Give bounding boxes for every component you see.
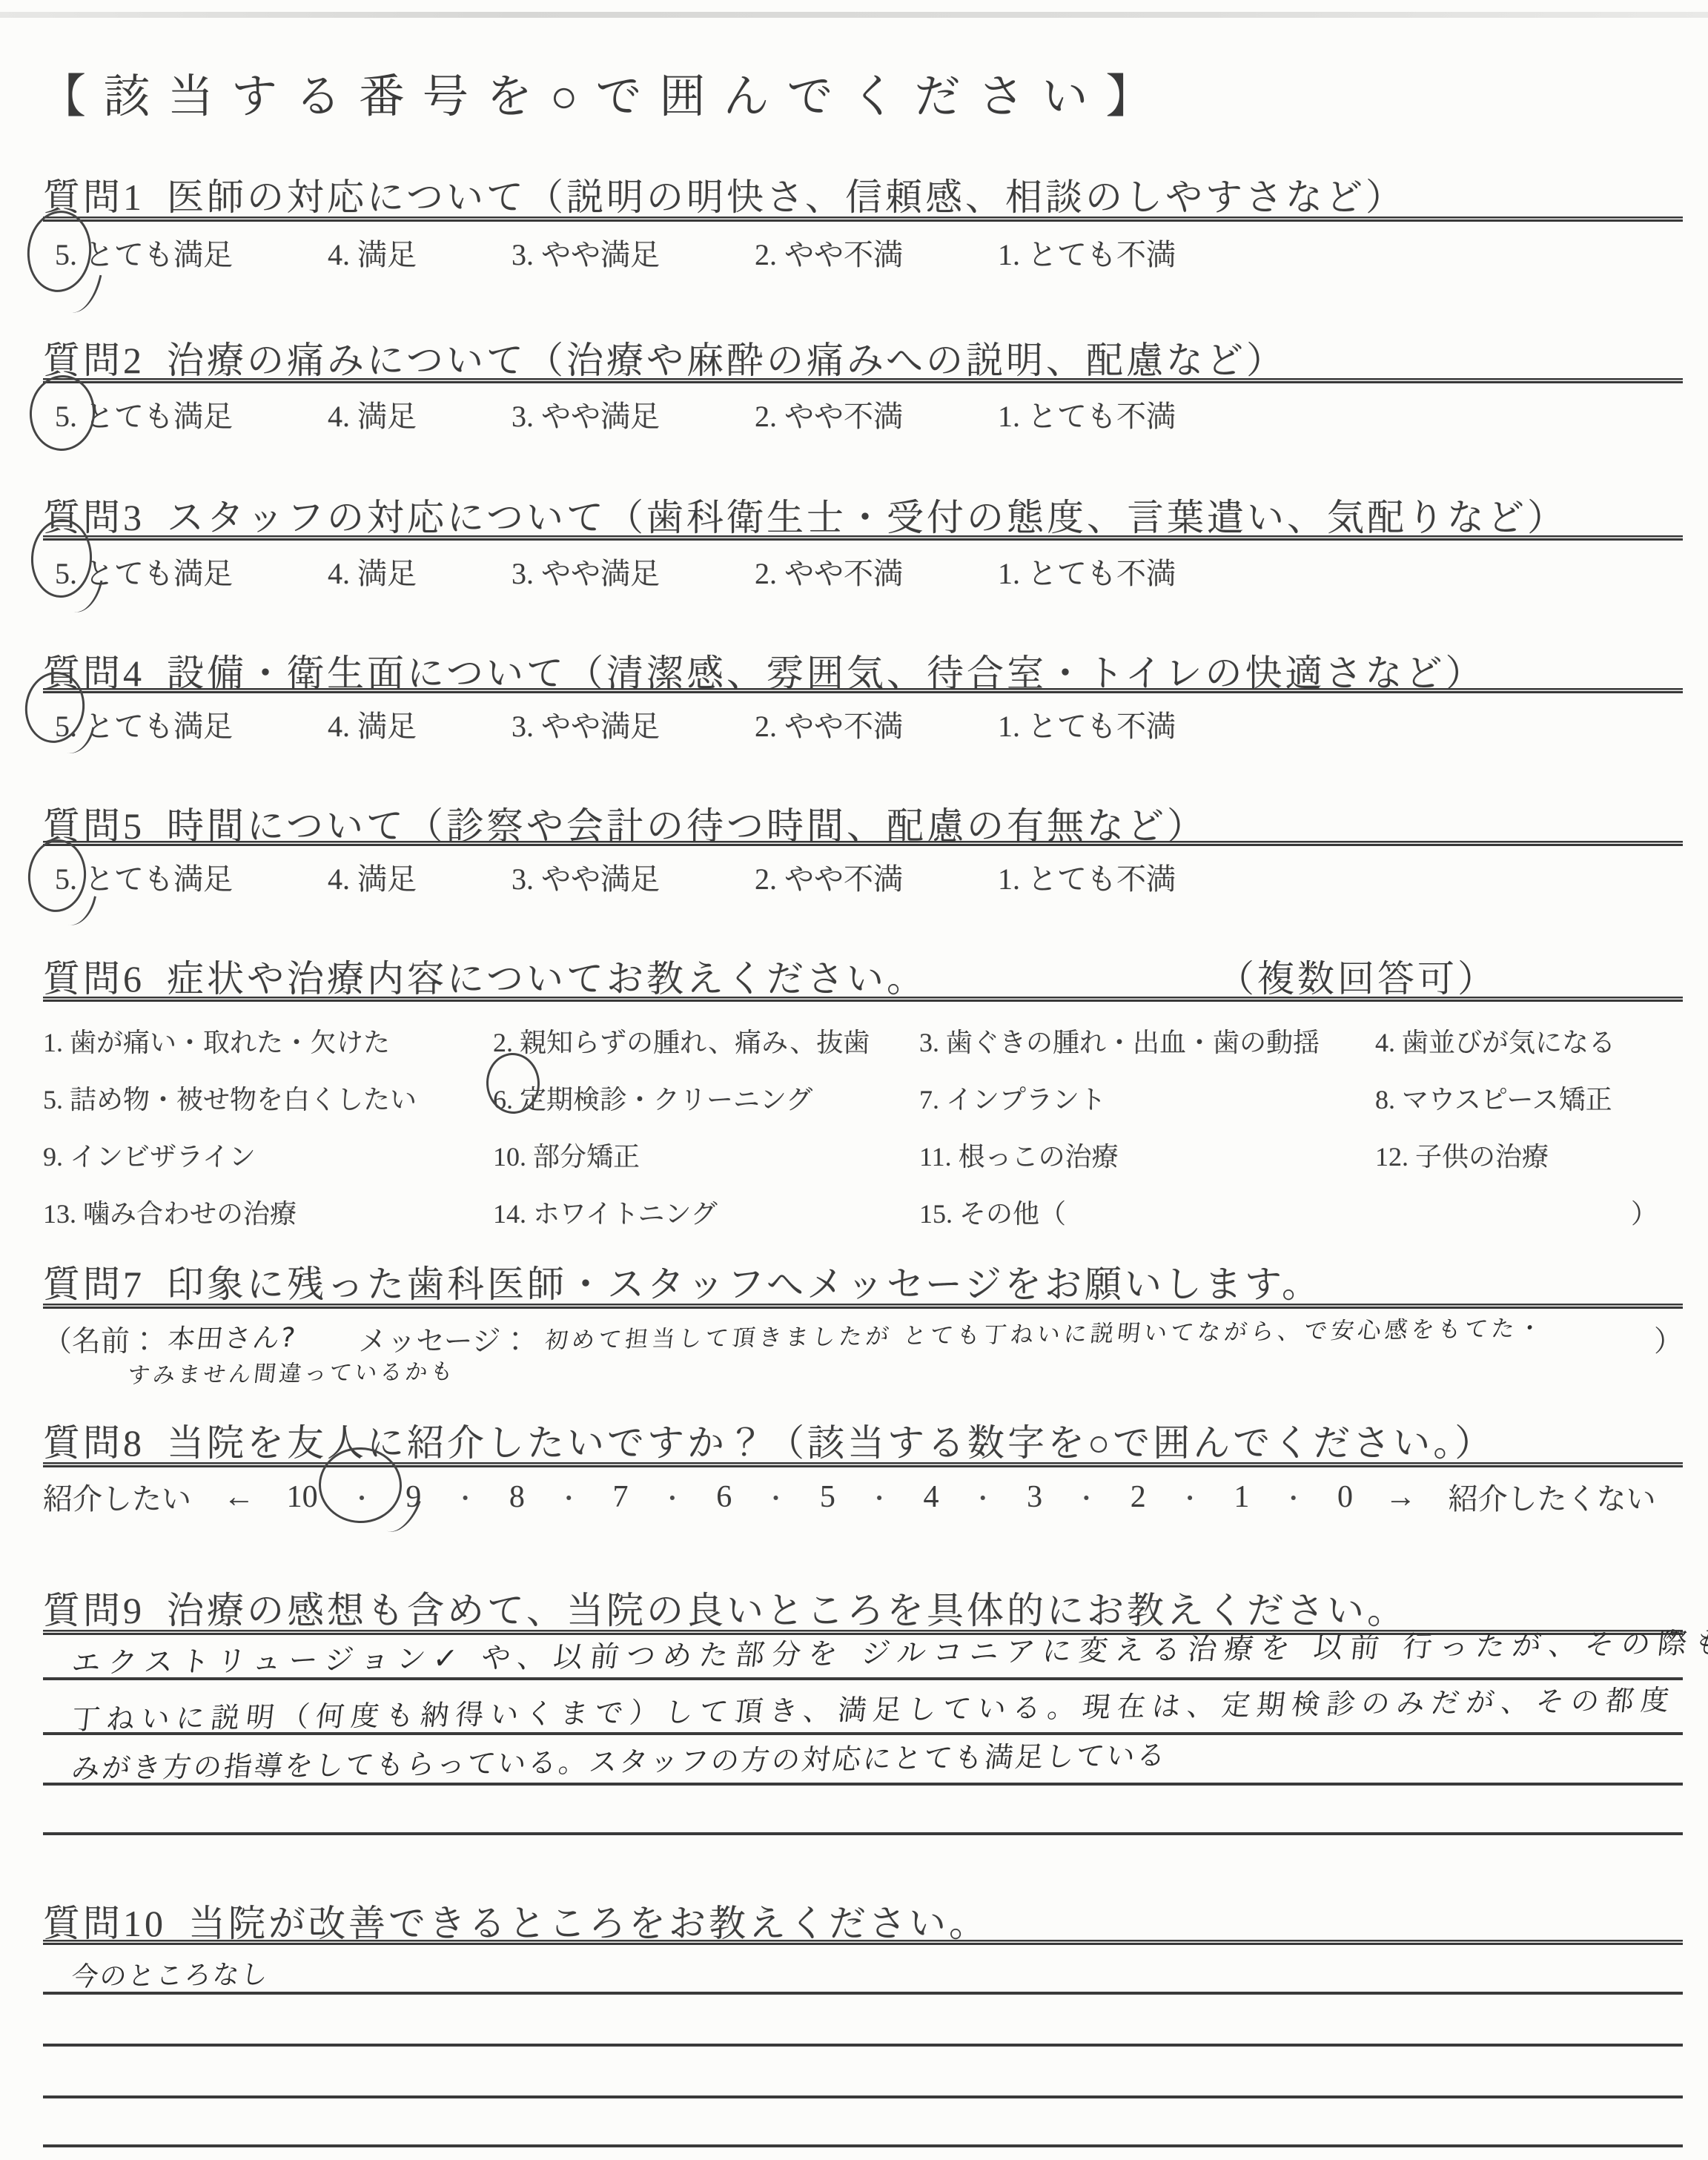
option-very-dissatisfied: 1. とても不満 <box>998 550 1176 592</box>
scale-number-8: 8 <box>509 1479 525 1515</box>
q6-item-2: 2. 親知らずの腫れ、痛み、抜歯 <box>493 1022 919 1060</box>
scale-dot: ・ <box>867 1480 891 1514</box>
q6-item-8: 8. マウスピース矯正 <box>1375 1079 1683 1117</box>
answer-line-close-paren: ） <box>1654 1318 1683 1360</box>
q6-item-3: 3. 歯ぐきの腫れ・出血・歯の動揺 <box>919 1022 1375 1060</box>
option-somewhat-dissatisfied: 2. やや不満 <box>755 393 903 435</box>
name-handwritten-value: 本田さん? <box>166 1317 299 1356</box>
question-2-options: 5. とても満足 4. 満足 3. やや満足 2. やや不満 1. とても不満 <box>43 393 1683 435</box>
scale-number-6: 6 <box>716 1479 732 1515</box>
option-very-dissatisfied: 1. とても不満 <box>998 393 1176 435</box>
question-1-text: 医師の対応について（説明の明快さ、信頼感、相談のしやすさなど） <box>167 176 1406 218</box>
option-satisfied: 4. 満足 <box>328 550 417 592</box>
q6-item-6: 6. 定期検診・クリーニング <box>493 1079 919 1117</box>
question-2-text: 治療の痛みについて（治療や麻酔の痛みへの説明、配慮など） <box>167 340 1286 381</box>
question-3-text: スタッフの対応について（歯科衛生士・受付の態度、言葉遣い、気配りなど） <box>167 497 1567 538</box>
option-satisfied: 4. 満足 <box>328 231 417 274</box>
question-6-text: 症状や治療内容についてお教えください。 <box>167 958 927 1000</box>
scale-dot: ・ <box>1074 1480 1098 1514</box>
scale-left-label: 紹介したい <box>43 1476 191 1518</box>
option-somewhat-dissatisfied: 2. やや不満 <box>755 856 903 898</box>
scale-dot: ・ <box>661 1480 684 1514</box>
scale-number-2: 2 <box>1131 1479 1146 1515</box>
question-3-options: 5. とても満足 4. 満足 3. やや満足 2. やや不満 1. とても不満 <box>43 550 1683 592</box>
question-10-label: 質問10 <box>43 1903 166 1944</box>
question-2-rule <box>43 378 1683 383</box>
q10-answer-line-4 <box>43 2144 1683 2147</box>
question-1-rule <box>43 217 1683 222</box>
handwritten-apology-note: すみません間違っているかも <box>126 1353 457 1390</box>
question-5-options: 5. とても満足 4. 満足 3. やや満足 2. やや不満 1. とても不満 <box>43 856 1683 898</box>
question-7-text: 印象に残った歯科医師・スタッフへメッセージをお願いします。 <box>167 1264 1322 1305</box>
question-7-rule <box>43 1304 1683 1309</box>
question-1-options: 5. とても満足 4. 満足 3. やや満足 2. やや不満 1. とても不満 <box>43 231 1683 274</box>
q9-handwritten-line-3: みがき方の指導をしてもらっている。スタッフの方の対応にとても満足している <box>70 1732 1170 1786</box>
option-somewhat-dissatisfied: 2. やや不満 <box>755 550 903 592</box>
q6-item-1: 1. 歯が痛い・取れた・欠けた <box>43 1022 493 1060</box>
question-6-label: 質問6 <box>43 958 145 1000</box>
q6-item-15-close-paren: ） <box>1631 1193 1658 1231</box>
form-title: 【該当する番号を○で囲んでください】 <box>40 59 1169 125</box>
question-6-multi-answer-note: （複数回答可） <box>1217 949 1497 1003</box>
q6-item-4: 4. 歯並びが気になる <box>1375 1022 1683 1060</box>
scale-dot: ・ <box>1178 1480 1202 1514</box>
q10-handwritten-line-1: 今のところなし <box>70 1954 271 1994</box>
question-10-rule <box>43 1940 1683 1945</box>
scale-right-label: 紹介したくない <box>1449 1476 1656 1518</box>
name-field-label: （名前： <box>43 1318 159 1360</box>
scale-number-7: 7 <box>613 1479 629 1515</box>
q9-answer-line-3 <box>43 1783 1683 1786</box>
option-satisfied: 4. 満足 <box>328 856 417 898</box>
question-7-label: 質問7 <box>43 1264 145 1305</box>
question-6-rule <box>43 997 1683 1002</box>
scale-number-3: 3 <box>1027 1479 1042 1515</box>
scale-number-5: 5 <box>820 1479 835 1515</box>
scale-dot: ・ <box>454 1480 477 1514</box>
q6-item-15-label: 15. その他（ <box>919 1193 1066 1231</box>
scale-dot: ・ <box>971 1480 995 1514</box>
question-2-header: 質問2治療の痛みについて（治療や麻酔の痛みへの説明、配慮など） <box>43 331 1286 384</box>
q10-answer-line-1 <box>43 1992 1683 1995</box>
q6-item-15-other: 15. その他（ ） <box>919 1193 1683 1231</box>
message-handwritten-value: 初めて担当して頂きましたが とても丁ねいに説明いてながら、で安心感をもてた・ <box>543 1308 1659 1355</box>
question-8-header: 質問8当院を友人に紹介したいですか？（該当する数字を○で囲んでください。） <box>43 1413 1494 1467</box>
question-3-rule <box>43 535 1683 541</box>
q9-handwritten-line-2: 丁ねいに説明（何度も納得いくまで）して頂き、満足している。現在は、定期検診のみだ… <box>70 1677 1678 1737</box>
right-arrow-icon: → <box>1385 1479 1416 1515</box>
q6-item-12: 12. 子供の治療 <box>1375 1136 1683 1174</box>
question-8-rule <box>43 1462 1683 1467</box>
q6-item-9: 9. インビザライン <box>43 1136 493 1174</box>
option-somewhat-satisfied: 3. やや満足 <box>512 393 660 435</box>
question-1-header: 質問1医師の対応について（説明の明快さ、信頼感、相談のしやすさなど） <box>43 168 1406 221</box>
q6-item-10: 10. 部分矯正 <box>493 1136 919 1174</box>
scale-number-0: 0 <box>1337 1479 1353 1515</box>
q6-item-13: 13. 噛み合わせの治療 <box>43 1193 493 1231</box>
scale-number-4: 4 <box>923 1479 939 1515</box>
scale-number-1: 1 <box>1234 1479 1249 1515</box>
question-4-options: 5. とても満足 4. 満足 3. やや満足 2. やや不満 1. とても不満 <box>43 703 1683 745</box>
question-6-choice-grid: 1. 歯が痛い・取れた・欠けた 2. 親知らずの腫れ、痛み、抜歯 3. 歯ぐきの… <box>43 1022 1683 1231</box>
q6-item-5: 5. 詰め物・被せ物を白くしたい <box>43 1079 493 1117</box>
question-8-label: 質問8 <box>43 1422 145 1464</box>
question-4-rule <box>43 688 1683 693</box>
option-very-dissatisfied: 1. とても不満 <box>998 856 1176 898</box>
scan-artifact-line <box>0 12 1708 18</box>
survey-scan-page: 【該当する番号を○で囲んでください】 質問1医師の対応について（説明の明快さ、信… <box>0 0 1708 2160</box>
question-5-rule <box>43 841 1683 846</box>
option-satisfied: 4. 満足 <box>328 703 417 745</box>
question-6-header: 質問6症状や治療内容についてお教えください。 <box>43 949 927 1003</box>
option-very-dissatisfied: 1. とても不満 <box>998 231 1176 274</box>
question-7-answer-line: （名前： 本田さん? メッセージ： 初めて担当して頂きましたが とても丁ねいに説… <box>43 1318 1683 1360</box>
option-very-dissatisfied: 1. とても不満 <box>998 703 1176 745</box>
q9-answer-line-2 <box>43 1732 1683 1735</box>
scale-dot: ・ <box>557 1480 580 1514</box>
option-somewhat-dissatisfied: 2. やや不満 <box>755 703 903 745</box>
scale-number-10: 10 <box>287 1479 318 1515</box>
question-10-text: 当院が改善できるところをお教えください。 <box>188 1903 989 1944</box>
q10-answer-line-3 <box>43 2095 1683 2098</box>
question-7-header: 質問7印象に残った歯科医師・スタッフへメッセージをお願いします。 <box>43 1255 1322 1308</box>
option-somewhat-satisfied: 3. やや満足 <box>512 550 660 592</box>
answer-circle-q2 <box>27 373 98 453</box>
question-9-label: 質問9 <box>43 1590 145 1631</box>
q6-item-7: 7. インプラント <box>919 1079 1375 1117</box>
option-somewhat-dissatisfied: 2. やや不満 <box>755 231 903 274</box>
q6-item-11: 11. 根っこの治療 <box>919 1136 1375 1174</box>
recommendation-scale: 紹介したい ← 10 ・ 9 ・ 8 ・ 7 ・ 6 ・ 5 ・ 4 ・ 3 ・… <box>43 1476 1683 1518</box>
scale-dot: ・ <box>1282 1480 1305 1514</box>
q10-answer-line-2 <box>43 2044 1683 2047</box>
option-somewhat-satisfied: 3. やや満足 <box>512 856 660 898</box>
question-3-header: 質問3スタッフの対応について（歯科衛生士・受付の態度、言葉遣い、気配りなど） <box>43 488 1567 541</box>
option-satisfied: 4. 満足 <box>328 393 417 435</box>
q6-item-14: 14. ホワイトニング <box>493 1193 919 1231</box>
option-somewhat-satisfied: 3. やや満足 <box>512 231 660 274</box>
question-9-text: 治療の感想も含めて、当院の良いところを具体的にお教えください。 <box>167 1590 1407 1631</box>
option-somewhat-satisfied: 3. やや満足 <box>512 703 660 745</box>
scale-dot: ・ <box>764 1480 788 1514</box>
q9-answer-line-4 <box>43 1832 1683 1835</box>
left-arrow-icon: ← <box>223 1479 254 1515</box>
